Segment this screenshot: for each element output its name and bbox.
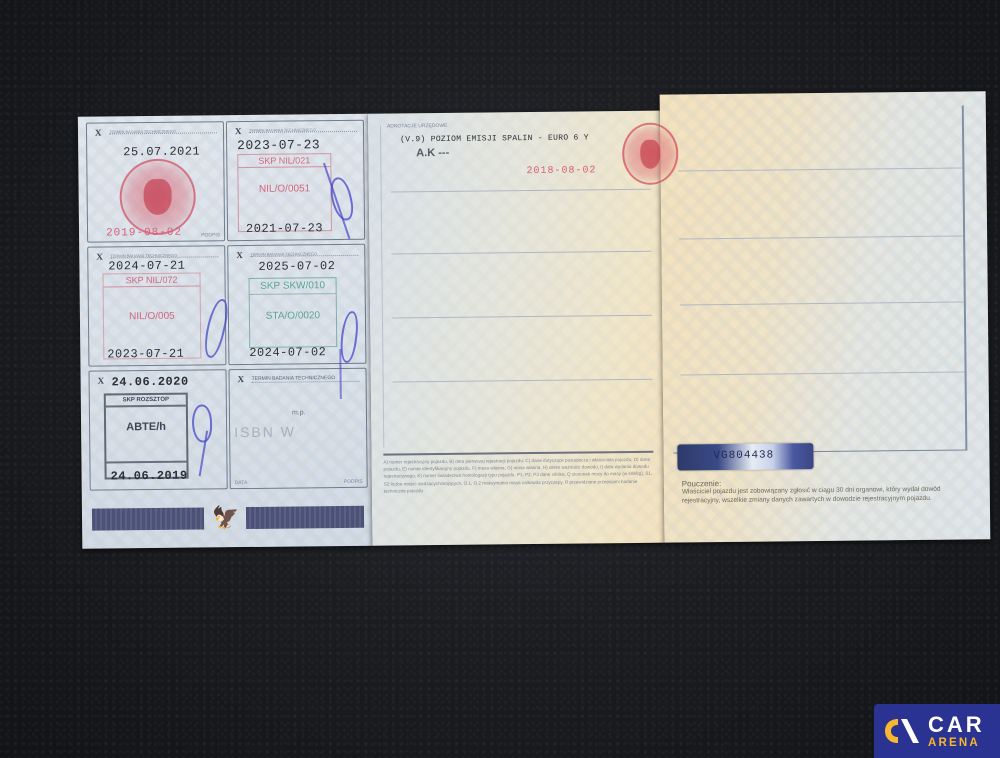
station-code: SKP NIL/072 — [103, 274, 199, 288]
inspection-box-5: X 24.06.2020 SKP ROZSZTOP ABTE/h 24.06.2… — [88, 369, 227, 490]
next-inspection-date: 25.07.2021 — [123, 144, 200, 159]
station-stamp: SKP ROZSZTOP ABTE/h — [104, 393, 189, 480]
inspection-box-4: X TERMIN BADANIA TECHNICZNEGO 2025-07-02… — [227, 244, 366, 365]
inspection-box-3: X TERMIN BADANIA TECHNICZNEGO 2024-07-21… — [87, 245, 226, 366]
examiner-code: NIL/O/0051 — [239, 183, 331, 195]
car-arena-logo: CAR ARENA — [874, 704, 1000, 758]
signature — [192, 404, 212, 442]
next-inspection-date: 24.06.2020 — [112, 375, 189, 390]
inspection-box-2: X TERMIN BADANIA TECHNICZNEGO 2023-07-23… — [226, 120, 365, 241]
x-mark: X — [95, 128, 102, 138]
box-header: TERMIN BADANIA TECHNICZNEGO — [252, 375, 360, 383]
box-header: TERMIN BADANIA TECHNICZNEGO — [249, 127, 357, 133]
security-band-left — [92, 507, 204, 530]
box-header: TERMIN BADANIA TECHNICZNEGO — [250, 251, 358, 257]
box-footer: PODPIS — [201, 232, 220, 238]
registration-document: X TERMIN BADANIA TECHNICZNEGO 25.07.2021… — [78, 89, 991, 552]
station-stamp: SKP NIL/021 NIL/O/0051 — [237, 153, 332, 232]
x-mark: X — [96, 252, 103, 262]
right-annotations-frame — [670, 105, 968, 453]
hologram-sticker: VG804438 — [677, 443, 813, 470]
security-band-right — [246, 506, 364, 529]
inspection-box-1: X TERMIN BADANIA TECHNICZNEGO 25.07.2021… — [86, 121, 225, 242]
annotations-header: ADNOTACJE URZĘDOWE — [387, 123, 448, 130]
footer-date: DATA — [235, 480, 248, 486]
brand-line-2: ARENA — [928, 737, 980, 749]
x-mark: X — [235, 126, 242, 136]
stamp-date: 2021-07-23 — [246, 221, 323, 236]
station-code: SKP SKW/010 — [250, 278, 336, 295]
x-mark: X — [238, 374, 245, 384]
station-stamp: SKP SKW/010 STA/O/0020 — [249, 277, 338, 348]
mp-label: m.p. — [292, 409, 306, 416]
station-code: SKP ROZSZTOP — [106, 395, 186, 408]
footer-signature: PODPIS — [344, 479, 363, 485]
field-legend: A) numer rejestracyjny pojazdu, B) data … — [383, 451, 653, 495]
left-page: X TERMIN BADANIA TECHNICZNEGO 25.07.2021… — [78, 114, 373, 549]
polish-eagle-icon: 🦅 — [212, 504, 238, 532]
next-inspection-date: 2025-07-02 — [258, 259, 335, 274]
examiner-code: STA/O/0020 — [250, 310, 336, 322]
stamp-date: 2024-07-02 — [249, 345, 326, 360]
stamp-date: 24.06.2019 — [111, 469, 188, 484]
hologram-serial: VG804438 — [713, 449, 774, 462]
warning-notice: Pouczenie: Właściciel pojazdu jest zobow… — [682, 477, 972, 505]
stamp-date: 2023-07-21 — [107, 347, 184, 362]
station-code: SKP NIL/021 — [238, 154, 330, 168]
box-header: TERMIN BADANIA TECHNICZNEGO — [110, 252, 218, 258]
examiner-code: NIL/O/005 — [104, 310, 200, 322]
handwritten-initials: A.K --- — [416, 147, 449, 159]
inspection-box-6: X TERMIN BADANIA TECHNICZNEGO m.p. ISBN … — [228, 368, 367, 489]
annotations-frame: ADNOTACJE URZĘDOWE — [380, 123, 654, 448]
box-header: TERMIN BADANIA TECHNICZNEGO — [109, 128, 217, 134]
annotation-stamp-date: 2018-08-02 — [526, 165, 596, 177]
warning-text: Właściciel pojazdu jest zobowiązany zgło… — [682, 486, 972, 506]
faded-stamp-text: ISBN W — [234, 423, 296, 440]
stamp-date: 2019-08-02 — [106, 227, 182, 240]
next-inspection-date: 2023-07-23 — [237, 137, 320, 153]
car-arena-mark-icon — [884, 717, 920, 745]
x-mark: X — [98, 376, 105, 386]
examiner-code: ABTE/h — [106, 421, 186, 434]
brand-line-1: CAR — [928, 712, 985, 738]
red-seal-stamp — [119, 159, 196, 236]
next-inspection-date: 2024-07-21 — [108, 259, 185, 274]
x-mark: X — [236, 250, 243, 260]
